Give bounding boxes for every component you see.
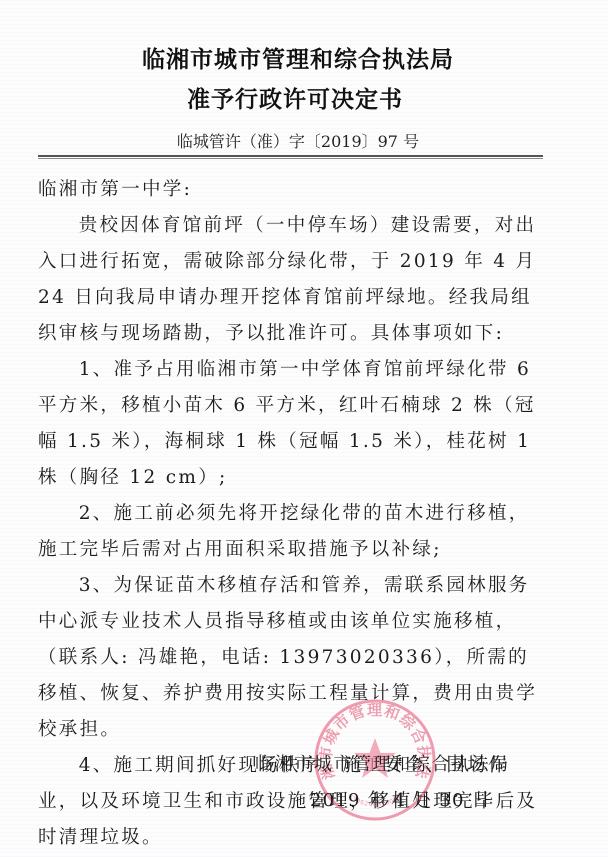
paragraph-item-3: 3、为保证苗木移植存活和管养，需联系园林服务中心派专业技术人员指导移植或由该单位… (38, 568, 543, 748)
salutation: 临湘市第一中学: (38, 172, 543, 208)
document-page: 临湘市城市管理和综合执法局 准予行政许可决定书 临城管许（准）字〔2019〕97… (0, 0, 608, 857)
document-issuer-title: 临湘市城市管理和综合执法局 (0, 44, 608, 76)
issuer-signature: 临湘市城市管理和综合执法局 (255, 752, 510, 778)
paragraph-item-1: 1、准予占用临湘市第一中学体育馆前坪绿化带 6 平方米，移植小苗木 6 平方米，… (38, 352, 543, 496)
issue-date: 2019 年 4 月 30 日 (310, 788, 491, 814)
document-number: 临城管许（准）字〔2019〕97 号 (0, 131, 608, 153)
header-divider-thick (38, 155, 543, 157)
header-divider-thin (38, 158, 543, 159)
paragraph-item-2: 2、施工前必须先将开挖绿化带的苗木进行移植，施工完毕后需对占用面积采取措施予以补… (38, 496, 543, 568)
paragraph-intro: 贵校因体育馆前坪（一中停车场）建设需要，对出入口进行拓宽，需破除部分绿化带，于 … (38, 208, 543, 352)
document-type-title: 准予行政许可决定书 (0, 84, 608, 116)
